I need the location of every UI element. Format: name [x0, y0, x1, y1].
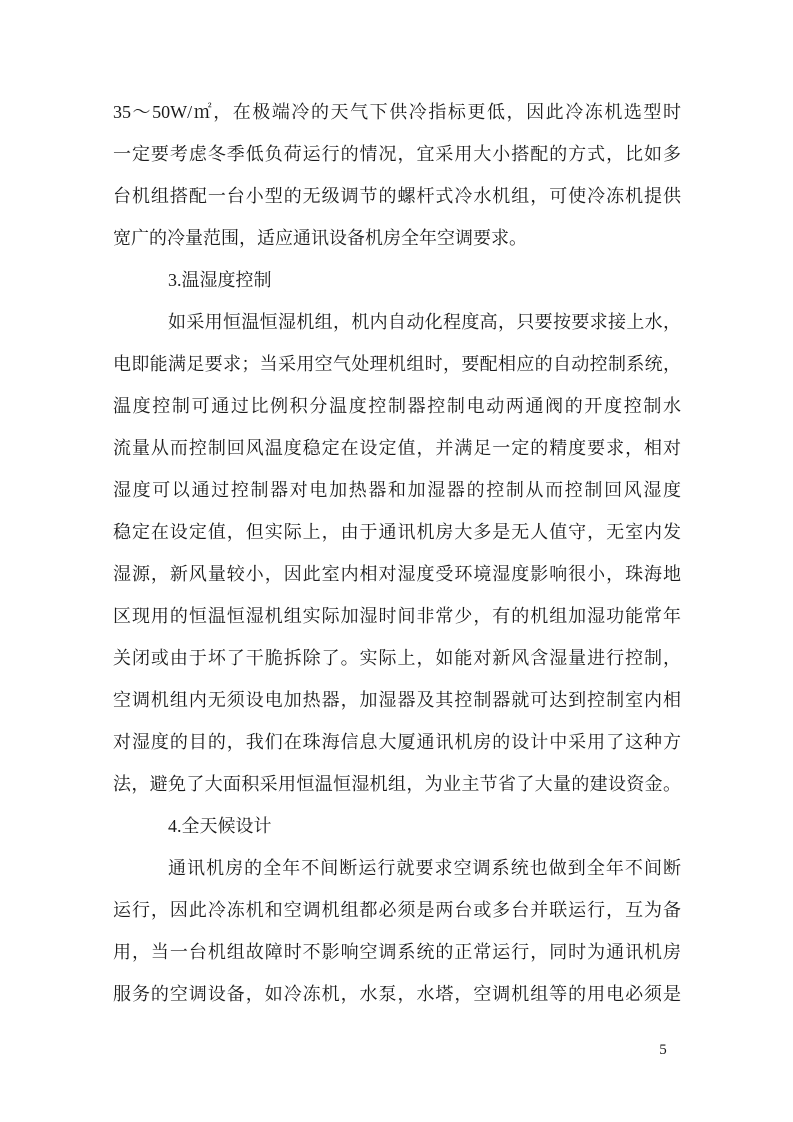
- text-line: 湿度可以通过控制器对电加热器和加湿器的控制从而控制回风湿度: [113, 469, 681, 511]
- text-line: 温度控制可通过比例积分温度控制器控制电动两通阀的开度控制水: [113, 385, 681, 427]
- section-heading: 3.温湿度控制: [113, 259, 681, 301]
- document-page: 35～50W/㎡，在极端冷的天气下供冷指标更低，因此冷冻机选型时一定要考虑冬季低…: [0, 0, 793, 1122]
- document-body: 35～50W/㎡，在极端冷的天气下供冷指标更低，因此冷冻机选型时一定要考虑冬季低…: [113, 91, 681, 1015]
- text-line: 湿源，新风量较小，因此室内相对湿度受环境湿度影响很小，珠海地: [113, 553, 681, 595]
- text-line: 服务的空调设备，如冷冻机，水泵，水塔，空调机组等的用电必须是: [113, 973, 681, 1015]
- text-line: 用，当一台机组故障时不影响空调系统的正常运行，同时为通讯机房: [113, 931, 681, 973]
- section-heading: 4.全天候设计: [113, 805, 681, 847]
- text-line: 关闭或由于坏了干脆拆除了。实际上，如能对新风含湿量进行控制，: [113, 637, 681, 679]
- text-line: 法，避免了大面积采用恒温恒湿机组，为业主节省了大量的建设资金。: [113, 763, 681, 805]
- text-line: 通讯机房的全年不间断运行就要求空调系统也做到全年不间断: [113, 847, 681, 889]
- text-line: 空调机组内无须设电加热器，加湿器及其控制器就可达到控制室内相: [113, 679, 681, 721]
- text-line: 台机组搭配一台小型的无级调节的螺杆式冷水机组，可使冷冻机提供: [113, 175, 681, 217]
- text-line: 对湿度的目的，我们在珠海信息大厦通讯机房的设计中采用了这种方: [113, 721, 681, 763]
- text-line: 稳定在设定值，但实际上，由于通讯机房大多是无人值守，无室内发: [113, 511, 681, 553]
- text-line: 宽广的冷量范围，适应通讯设备机房全年空调要求。: [113, 217, 681, 259]
- text-line: 流量从而控制回风温度稳定在设定值，并满足一定的精度要求，相对: [113, 427, 681, 469]
- text-line: 如采用恒温恒湿机组，机内自动化程度高，只要按要求接上水，: [113, 301, 681, 343]
- page-number: 5: [648, 1040, 678, 1060]
- text-line: 运行，因此冷冻机和空调机组都必须是两台或多台并联运行，互为备: [113, 889, 681, 931]
- text-line: 区现用的恒温恒湿机组实际加湿时间非常少，有的机组加湿功能常年: [113, 595, 681, 637]
- text-line: 电即能满足要求；当采用空气处理机组时，要配相应的自动控制系统，: [113, 343, 681, 385]
- text-line: 一定要考虑冬季低负荷运行的情况，宜采用大小搭配的方式，比如多: [113, 133, 681, 175]
- text-line: 35～50W/㎡，在极端冷的天气下供冷指标更低，因此冷冻机选型时: [113, 91, 681, 133]
